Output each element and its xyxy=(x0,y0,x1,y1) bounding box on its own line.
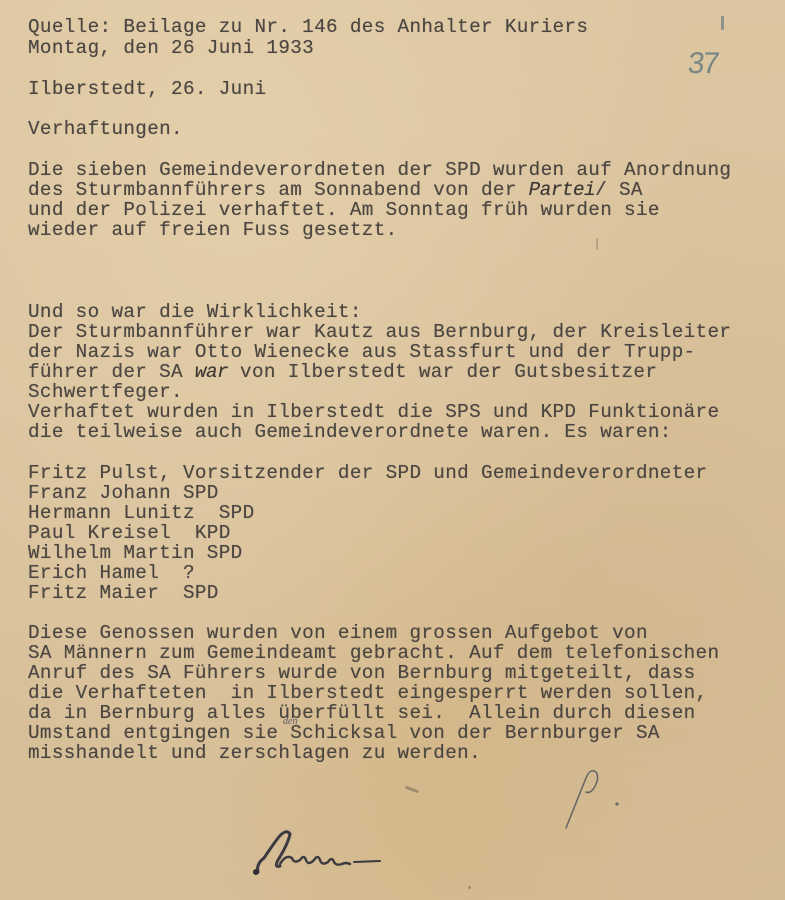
arrested-list-item: Fritz Maier SPD xyxy=(28,583,219,603)
para2-line1: Und so war die Wirklichkeit: xyxy=(28,302,362,322)
para1-line2-tail: / SA xyxy=(595,179,643,201)
arrested-list-item: Wilhelm Martin SPD xyxy=(28,543,243,563)
para1-line3: und der Polizei verhaftet. Am Sonntag fr… xyxy=(28,200,660,220)
source-date-line: Montag, den 26 Juni 1933 xyxy=(28,38,314,58)
para2-line4-tail: von Ilberstedt war der Gutsbesitzer xyxy=(228,361,657,383)
para3-line6: Umstand entgingen sie Schicksal von der … xyxy=(28,723,660,743)
arrested-list-item: Franz Johann SPD xyxy=(28,483,219,503)
para2-line6: Verhaftet wurden in Ilberstedt die SPS u… xyxy=(28,402,719,422)
para3-line1: Diese Genossen wurden von einem grossen … xyxy=(28,623,648,643)
para3-line4: die Verhafteten in Ilberstedt eingesperr… xyxy=(28,683,707,703)
heading: Verhaftungen. xyxy=(28,119,183,139)
para2-line4: führer der SA war von Ilberstedt war der… xyxy=(28,362,657,382)
para3-line5: da in Bernburg alles überfüllt sei. Alle… xyxy=(28,703,696,723)
archive-page-number: 37 xyxy=(686,42,741,86)
handwritten-initial xyxy=(560,764,630,834)
para3-line3: Anruf des SA Führers wurde von Bernburg … xyxy=(28,663,696,683)
typewritten-document-page: 37 Quelle: Beilage zu Nr. 146 des Anhalt… xyxy=(0,0,785,900)
struck-word: war xyxy=(195,361,228,383)
para3-line7: misshandelt und zerschlagen zu werden. xyxy=(28,743,481,763)
para2-line2: Der Sturmbannführer war Kautz aus Bernbu… xyxy=(28,322,731,342)
arrested-list-item: Paul Kreisel KPD xyxy=(28,523,231,543)
para1-line1: Die sieben Gemeindeverordneten der SPD w… xyxy=(28,160,731,180)
para2-line5: Schwertfeger. xyxy=(28,382,183,402)
arrested-list-item: Hermann Lunitz SPD xyxy=(28,503,255,523)
arrested-list-item: Fritz Pulst, Vorsitzender der SPD und Ge… xyxy=(28,463,707,483)
dateline: Ilberstedt, 26. Juni xyxy=(28,79,266,99)
handwritten-signature xyxy=(250,820,420,880)
paper-speck xyxy=(468,886,471,889)
paper-speck xyxy=(405,786,419,794)
para2-line4-text: führer der SA xyxy=(28,361,195,383)
source-line: Quelle: Beilage zu Nr. 146 des Anhalter … xyxy=(28,17,588,37)
paper-speck xyxy=(596,238,598,250)
pencil-tick-mark xyxy=(721,16,724,30)
para2-line7: die teilweise auch Gemeindeverordnete wa… xyxy=(28,422,672,442)
struck-word: Partei xyxy=(529,179,595,201)
para1-line2: des Sturmbannführers am Sonnabend von de… xyxy=(28,180,643,200)
para3-line2: SA Männern zum Gemeindeamt gebracht. Auf… xyxy=(28,643,719,663)
para1-line2-text: des Sturmbannführers am Sonnabend von de… xyxy=(28,179,529,201)
arrested-list-item: Erich Hamel ? xyxy=(28,563,195,583)
para1-line4: wieder auf freien Fuss gesetzt. xyxy=(28,220,398,240)
para2-line3: der Nazis war Otto Wienecke aus Stassfur… xyxy=(28,342,696,362)
